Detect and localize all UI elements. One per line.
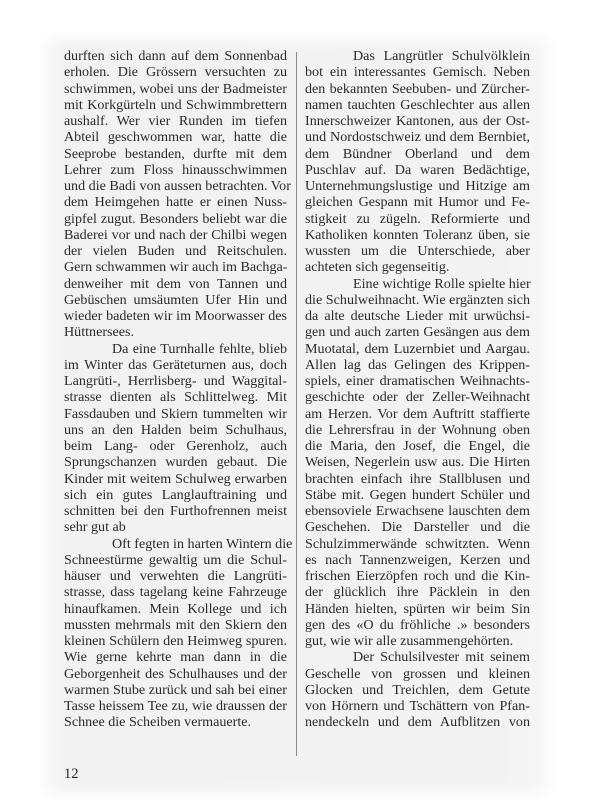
text-line: beim Lang- oder Gerenholz, auch [64,438,287,454]
text-line: die Lehrersfrau in der Wohnung oben [305,422,530,438]
text-line: kleinen Schülern den Heimweg spuren. [64,633,287,649]
text-line: der vielen Buden und Reitschulen. [64,243,287,259]
text-line: Händen hielten, spürten wir beim Sin [305,601,530,617]
text-line: erholen. Die Grössern versuchten zu [64,64,287,80]
text-line: den bekannten Seebuben- und Zürcher- [305,81,530,97]
text-line: wussten um die Unterschiede, aber [305,243,530,259]
text-line: es nach Tannenzweigen, Kerzen und [305,552,530,568]
text-line: wieder badeten wir im Moorwasser des [64,308,287,324]
text-line: Seeprobe bestanden, durfte mit dem [64,146,287,162]
text-line: achteten sich gegenseitig. [305,259,530,275]
text-line: spiels, einer dramatischen Weihnachts- [305,373,530,389]
text-line: mussten mehrmals mit den Skiern den [64,617,287,633]
text-line: stigkeit zu zügeln. Reformierte und [305,211,530,227]
text-line: schwimmen, wobei uns der Badmeister [64,81,287,97]
right-text-column: Das Langrütler Schulvölkleinbot ein inte… [305,48,530,731]
text-line: Kinder mit weitem Schulweg erwarben [64,471,287,487]
text-line: Da eine Turnhalle fehlte, blieb [64,341,287,357]
text-line: Stäbe mit. Gegen hundert Schüler und [305,487,530,503]
text-line: ebensoviele Erwachsene lauschten dem [305,503,530,519]
text-line: aushalf. Wer vier Runden im tiefen [64,113,287,129]
text-line: uns an den Halden beim Schulhaus, [64,422,287,438]
text-line: Schnee die Scheiben vermauerte. [64,714,287,730]
text-line: Fassdauben und Skiern tummelten wir [64,406,287,422]
text-line: die Maria, den Josef, die Engel, die [305,438,530,454]
text-line: warmen Stube zurück und sah bei einer [64,682,287,698]
text-line: Katholiken konnten Toleranz üben, sie [305,227,530,243]
text-line: häuser und verwehten die Langrüti- [64,568,287,584]
text-line: mit Korkgürteln und Schwimmbrettern [64,97,287,113]
text-line: Gebüschen umsäumten Ufer Hin und [64,292,287,308]
text-line: Glocken und Treichlen, dem Getute [305,682,530,698]
text-line: Schulzimmerwände schwitzten. Wenn [305,536,530,552]
text-line: am Herzen. Vor dem Auftritt staffierte [305,406,530,422]
column-divider [296,52,297,756]
text-line: Baderei vor und nach der Chilbi wegen [64,227,287,243]
text-line: und die Badi von aussen betrachten. Vor [64,178,287,194]
text-line: Muotatal, dem Luzernbiet und Aargau. [305,341,530,357]
text-line: gen und auch zarten Gesängen aus dem [305,324,530,340]
text-line: nendeckeln und dem Aufblitzen von [305,714,530,730]
text-line: gleichen Gespann mit Humor und Fe- [305,194,530,210]
text-line: Schneestürme gewaltig um die Schul- [64,552,287,568]
text-line: bot ein interessantes Gemisch. Neben [305,64,530,80]
text-line: strasse, dass tagelang keine Fahrzeuge [64,584,287,600]
text-line: gen des «O du fröhliche .» besonders [305,617,530,633]
text-line: Langrüti-, Herrlisberg- und Waggital- [64,373,287,389]
text-line: Sprungschanzen wurden gebaut. Die [64,454,287,470]
text-line: schnitten bei den Furthofrennen meist [64,503,287,519]
text-line: gut, wie wir alle zusammengehörten. [305,633,530,649]
text-line: Hüttnersees. [64,324,287,340]
text-line: sich ein gutes Langlauftraining und [64,487,287,503]
text-line: strasse dienten als Schlittelweg. Mit [64,389,287,405]
text-line: Geschehen. Die Darsteller und die [305,519,530,535]
text-line: Weisen, Negerlein usw aus. Die Hirten [305,454,530,470]
text-line: Abteil geschwommen war, hatte die [64,129,287,145]
text-line: Tasse heissem Tee zu, wie draussen der [64,698,287,714]
text-line: und Nordostschweiz und dem Bernbiet, [305,129,530,145]
text-line: dem Bündner Oberland und dem [305,146,530,162]
text-line: Oft fegten in harten Wintern die [64,536,287,552]
text-line: von Hörnern und Tschättern von Pfan- [305,698,530,714]
text-line: Wie gerne kehrte man dann in die [64,649,287,665]
text-line: dem Heimgehen hatte er einen Nuss- [64,194,287,210]
text-line: Der Schulsilvester mit seinem [305,649,530,665]
text-line: der glücklich ihre Päcklein in den [305,584,530,600]
text-line: brachten einfach ihre Stallblusen und [305,471,530,487]
text-line: Allen lag das Gelingen des Krippen- [305,357,530,373]
text-line: die Schulweihnacht. Wie ergänzten sich [305,292,530,308]
page-number: 12 [64,766,79,783]
text-line: sehr gut ab [64,519,287,535]
text-line: Puschlav auf. Da waren Bedächtige, [305,162,530,178]
text-line: im Winter das Geräteturnen aus, doch [64,357,287,373]
text-line: Geschelle von grossen und kleinen [305,666,530,682]
text-line: Unternehmungslustige und Hitzige am [305,178,530,194]
text-line: denweiher mit dem von Tannen und [64,276,287,292]
left-text-column: durften sich dann auf dem Sonnenbaderhol… [64,48,287,731]
text-line: Lehrer zum Floss hinausschwimmen [64,162,287,178]
text-line: Gern schwammen wir auch im Bachga- [64,259,287,275]
text-line: Eine wichtige Rolle spielte hier [305,276,530,292]
text-line: hinaufkamen. Mein Kollege und ich [64,601,287,617]
text-line: frischen Eierzöpfen roch und die Kin- [305,568,530,584]
text-line: namen tauchten Geschlechter aus allen [305,97,530,113]
text-line: geschichte oder der Zeller-Weihnacht [305,389,530,405]
text-line: Innerschweizer Kantonen, aus der Ost- [305,113,530,129]
text-line: durften sich dann auf dem Sonnenbad [64,48,287,64]
text-line: Das Langrütler Schulvölklein [305,48,530,64]
text-line: da alte deutsche Lieder mit urwüchsi- [305,308,530,324]
text-line: gipfel zugut. Besonders beliebt war die [64,211,287,227]
text-line: Geborgenheit des Schulhauses und der [64,666,287,682]
